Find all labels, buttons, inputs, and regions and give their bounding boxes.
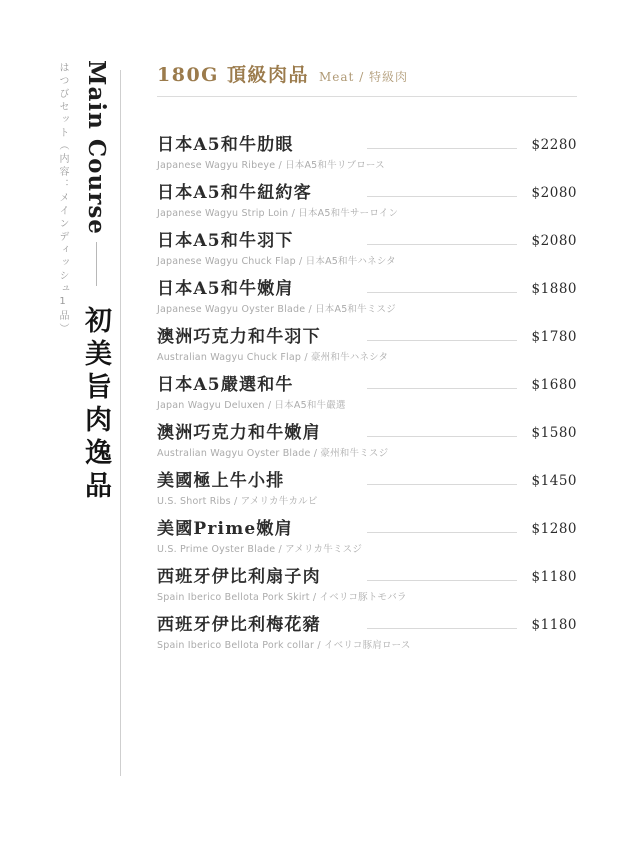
item-price: $2080: [532, 185, 577, 201]
menu-item: 日本A5嚴選和牛 Japan Wagyu Deluxen / 日本A5和牛嚴選 …: [157, 375, 577, 423]
item-description: Spain Iberico Bellota Pork collar / イベリコ…: [157, 637, 577, 651]
item-rule-line: [367, 436, 517, 437]
item-description: Japanese Wagyu Chuck Flap / 日本A5和牛ハネシタ: [157, 253, 577, 267]
item-text-block: 日本A5和牛肋眼 Japanese Wagyu Ribeye / 日本A5和牛リ…: [157, 135, 577, 171]
sidebar-japanese-note: はつびセット（内容：メインディッシュ1品）: [55, 62, 70, 332]
item-text-block: 澳洲巧克力和牛羽下 Australian Wagyu Chuck Flap / …: [157, 327, 577, 363]
item-name: 西班牙伊比利扇子肉: [157, 567, 577, 588]
item-description: U.S. Prime Oyster Blade / アメリカ牛ミスジ: [157, 541, 577, 555]
menu-item: 澳洲巧克力和牛羽下 Australian Wagyu Chuck Flap / …: [157, 327, 577, 375]
sidebar-separator-line: [96, 242, 97, 286]
item-name: 日本A5和牛嫩肩: [157, 279, 577, 300]
item-text-block: 日本A5和牛紐約客 Japanese Wagyu Strip Loin / 日本…: [157, 183, 577, 219]
item-price: $1880: [532, 281, 577, 297]
item-text-block: 日本A5和牛羽下 Japanese Wagyu Chuck Flap / 日本A…: [157, 231, 577, 267]
item-name: 日本A5和牛羽下: [157, 231, 577, 252]
item-description: Japanese Wagyu Strip Loin / 日本A5和牛サーロイン: [157, 205, 577, 219]
item-text-block: 美國極上牛小排 U.S. Short Ribs / アメリカ牛カルビ: [157, 471, 577, 507]
item-name: 美國Prime嫩肩: [157, 519, 577, 540]
item-price: $1180: [532, 617, 577, 633]
item-text-block: 日本A5嚴選和牛 Japan Wagyu Deluxen / 日本A5和牛嚴選: [157, 375, 577, 411]
item-rule-line: [367, 388, 517, 389]
section-title: 180G 頂級肉品: [157, 60, 309, 87]
item-description: U.S. Short Ribs / アメリカ牛カルビ: [157, 493, 577, 507]
item-price: $1580: [532, 425, 577, 441]
item-price: $1180: [532, 569, 577, 585]
item-name: 日本A5和牛肋眼: [157, 135, 577, 156]
menu-item: 日本A5和牛肋眼 Japanese Wagyu Ribeye / 日本A5和牛リ…: [157, 135, 577, 183]
item-text-block: 澳洲巧克力和牛嫩肩 Australian Wagyu Oyster Blade …: [157, 423, 577, 459]
item-name: 日本A5嚴選和牛: [157, 375, 577, 396]
menu-item: 西班牙伊比利扇子肉 Spain Iberico Bellota Pork Ski…: [157, 567, 577, 615]
item-description: Spain Iberico Bellota Pork Skirt / イベリコ豚…: [157, 589, 577, 603]
item-rule-line: [367, 340, 517, 341]
menu-item: 澳洲巧克力和牛嫩肩 Australian Wagyu Oyster Blade …: [157, 423, 577, 471]
item-name: 日本A5和牛紐約客: [157, 183, 577, 204]
item-rule-line: [367, 628, 517, 629]
menu-header: 180G 頂級肉品 Meat / 特級肉: [157, 60, 577, 87]
item-rule-line: [367, 580, 517, 581]
menu-item: 西班牙伊比利梅花豬 Spain Iberico Bellota Pork col…: [157, 615, 577, 663]
item-text-block: 日本A5和牛嫩肩 Japanese Wagyu Oyster Blade / 日…: [157, 279, 577, 315]
item-description: Australian Wagyu Oyster Blade / 豪州和牛ミスジ: [157, 445, 577, 459]
menu-content: 180G 頂級肉品 Meat / 特級肉 日本A5和牛肋眼 Japanese W…: [157, 60, 577, 663]
item-rule-line: [367, 532, 517, 533]
item-description: Australian Wagyu Chuck Flap / 豪州和牛ハネシタ: [157, 349, 577, 363]
item-text-block: 西班牙伊比利扇子肉 Spain Iberico Bellota Pork Ski…: [157, 567, 577, 603]
item-price: $1680: [532, 377, 577, 393]
item-price: $1450: [532, 473, 577, 489]
item-rule-line: [367, 292, 517, 293]
item-description: Japanese Wagyu Oyster Blade / 日本A5和牛ミスジ: [157, 301, 577, 315]
item-name: 美國極上牛小排: [157, 471, 577, 492]
item-name: 澳洲巧克力和牛羽下: [157, 327, 577, 348]
item-rule-line: [367, 484, 517, 485]
item-description: Japan Wagyu Deluxen / 日本A5和牛嚴選: [157, 397, 577, 411]
item-name: 西班牙伊比利梅花豬: [157, 615, 577, 636]
menu-item: 日本A5和牛羽下 Japanese Wagyu Chuck Flap / 日本A…: [157, 231, 577, 279]
item-rule-line: [367, 196, 517, 197]
menu-item: 日本A5和牛嫩肩 Japanese Wagyu Oyster Blade / 日…: [157, 279, 577, 327]
section-subtitle: Meat / 特級肉: [319, 68, 408, 85]
item-price: $1780: [532, 329, 577, 345]
header-rule: [157, 96, 577, 97]
item-rule-line: [367, 148, 517, 149]
item-text-block: 西班牙伊比利梅花豬 Spain Iberico Bellota Pork col…: [157, 615, 577, 651]
menu-item: 美國Prime嫩肩 U.S. Prime Oyster Blade / アメリカ…: [157, 519, 577, 567]
item-description: Japanese Wagyu Ribeye / 日本A5和牛リブロース: [157, 157, 577, 171]
menu-item: 美國極上牛小排 U.S. Short Ribs / アメリカ牛カルビ $1450: [157, 471, 577, 519]
menu-items-list: 日本A5和牛肋眼 Japanese Wagyu Ribeye / 日本A5和牛リ…: [157, 135, 577, 663]
sidebar-course-title: Main Course: [83, 60, 110, 240]
item-price: $1280: [532, 521, 577, 537]
menu-item: 日本A5和牛紐約客 Japanese Wagyu Strip Loin / 日本…: [157, 183, 577, 231]
sidebar-chinese-title: 初美旨肉逸品: [76, 306, 115, 516]
item-text-block: 美國Prime嫩肩 U.S. Prime Oyster Blade / アメリカ…: [157, 519, 577, 555]
item-price: $2280: [532, 137, 577, 153]
item-rule-line: [367, 244, 517, 245]
item-price: $2080: [532, 233, 577, 249]
item-name: 澳洲巧克力和牛嫩肩: [157, 423, 577, 444]
sidebar-divider-line: [120, 70, 121, 776]
